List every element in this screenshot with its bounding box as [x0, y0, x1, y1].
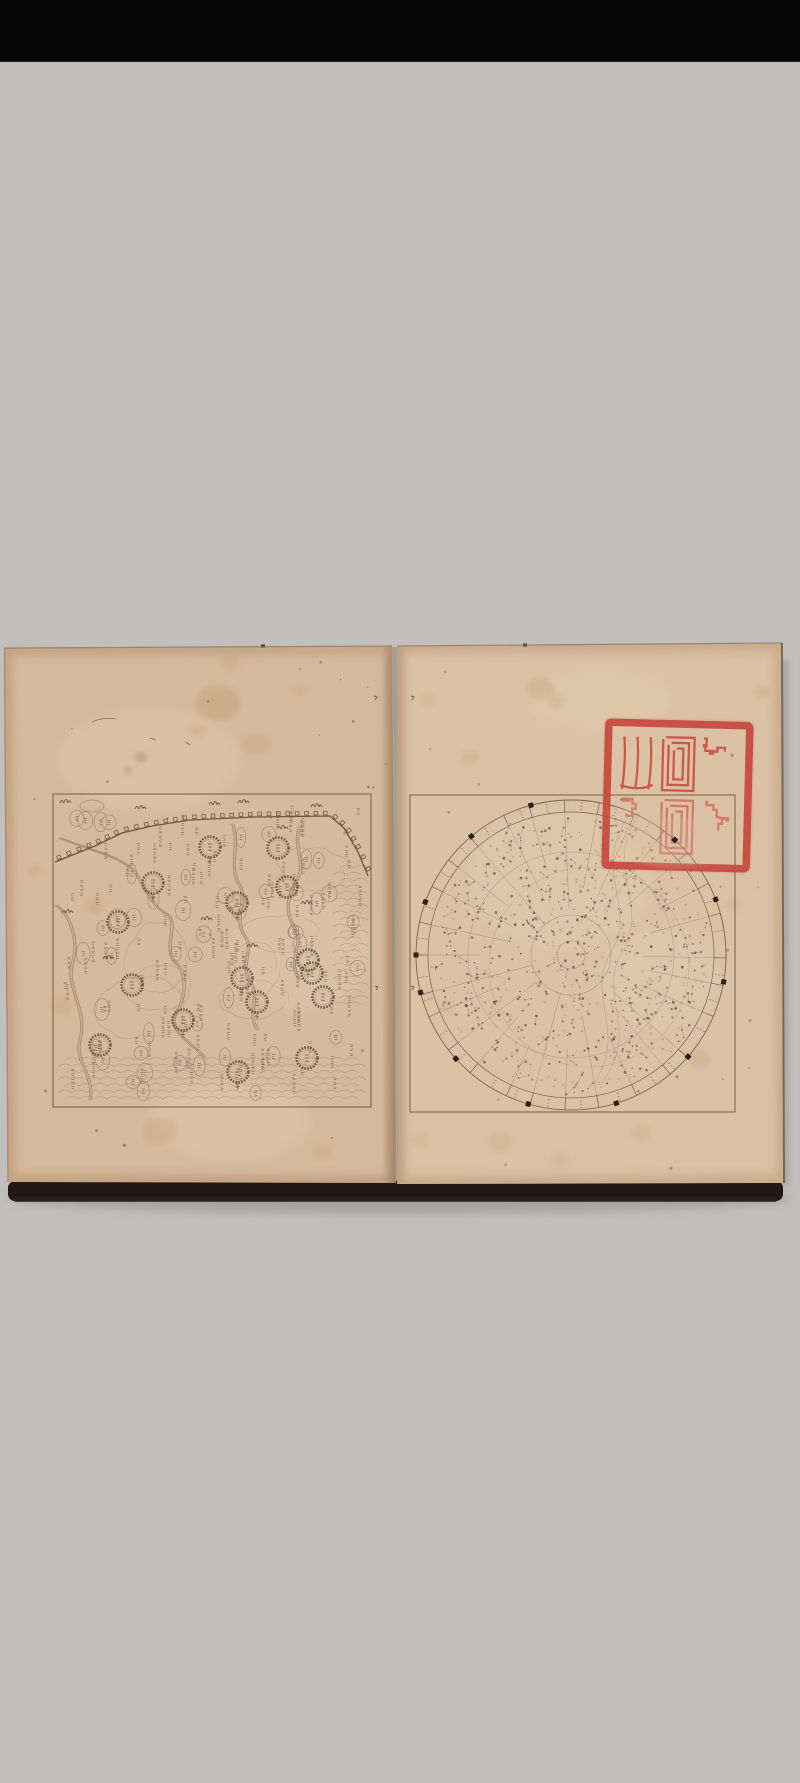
stain [551, 1153, 569, 1168]
stain [631, 1125, 651, 1141]
book-cover-edge [8, 1181, 783, 1202]
ring-marker-square [414, 953, 419, 958]
stain [689, 1050, 711, 1068]
stain [488, 1132, 512, 1152]
stain [461, 751, 479, 766]
stain [411, 1133, 429, 1148]
stain [220, 654, 240, 670]
stain [188, 724, 206, 739]
stain [548, 695, 564, 708]
red-stain [124, 767, 132, 774]
stain [292, 683, 308, 696]
stain [196, 685, 240, 721]
stain [143, 1117, 177, 1145]
top-black-band [0, 0, 800, 62]
stain [51, 997, 73, 1015]
ring-marker-square [721, 979, 727, 985]
atlas-photograph [0, 0, 800, 1783]
stain [86, 899, 104, 914]
stain [755, 685, 771, 698]
photo-stage [0, 0, 800, 1783]
stain [312, 1144, 332, 1160]
stain [243, 733, 269, 754]
stain [28, 864, 42, 875]
stain [420, 694, 434, 705]
red-stain [135, 752, 147, 762]
